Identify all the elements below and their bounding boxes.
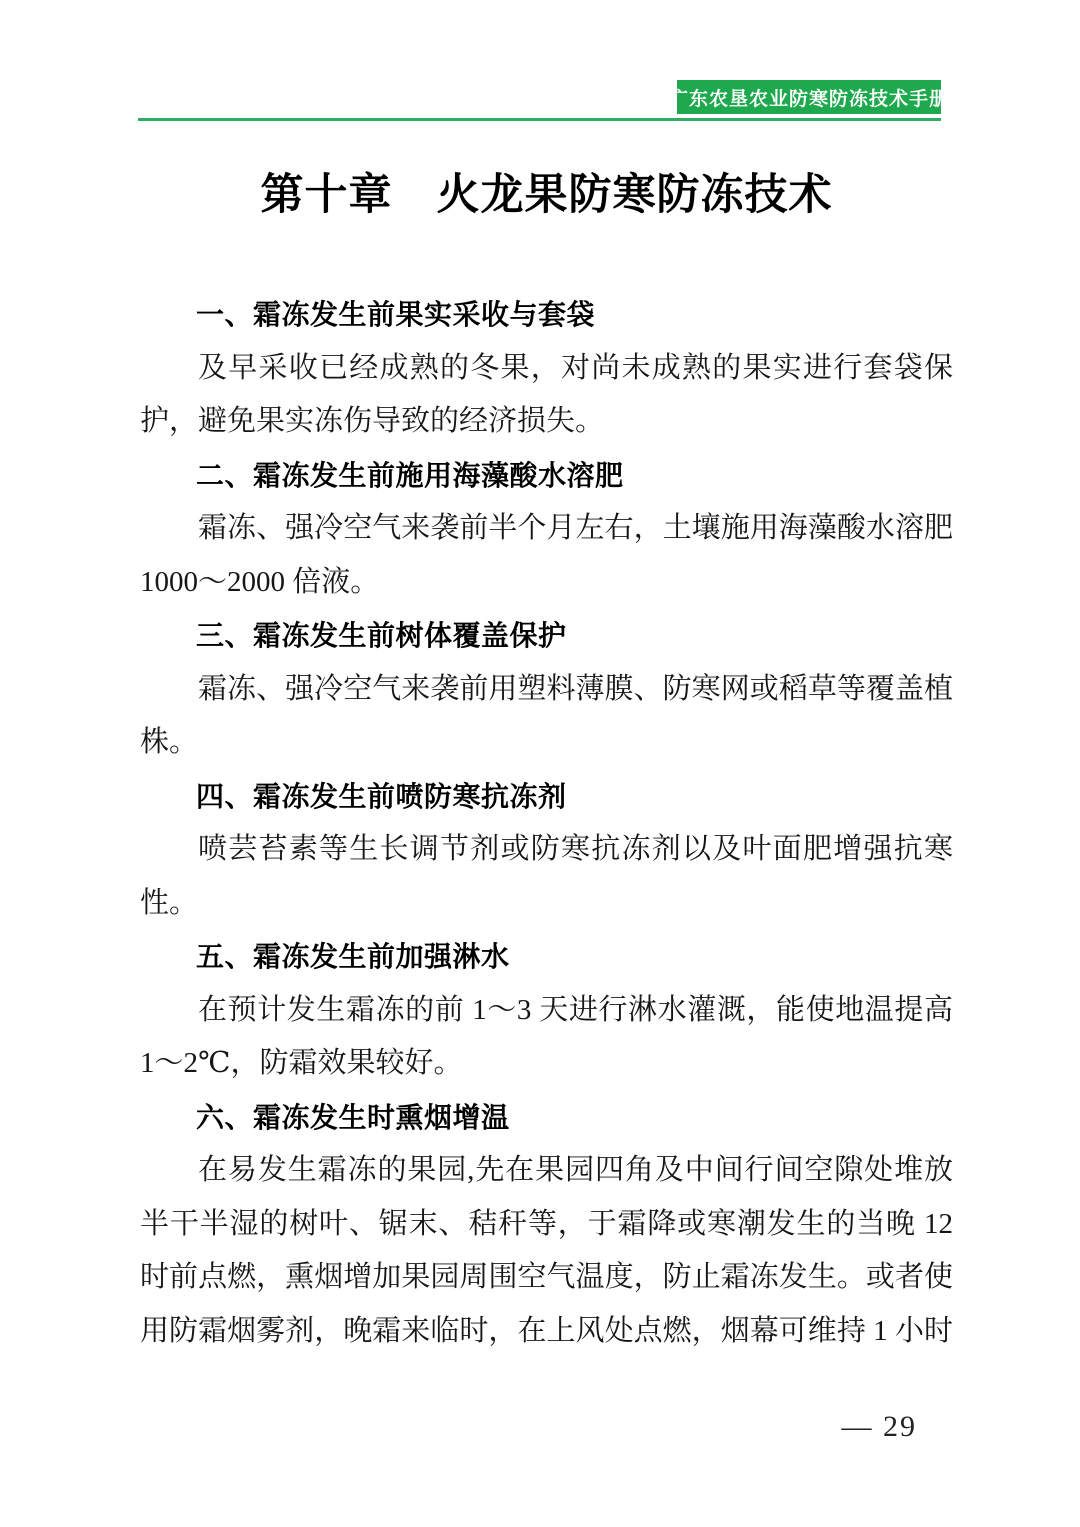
section-list: 一、霜冻发生前果实采收与套袋 及早采收已经成熟的冬果，对尚未成熟的果实进行套袋保… (140, 288, 953, 1358)
section-2-body: 霜冻、强冷空气来袭前半个月左右，土壤施用海藻酸水溶肥1000～2000 倍液。 (140, 502, 953, 609)
section-3: 三、霜冻发生前树体覆盖保护 霜冻、强冷空气来袭前用塑料薄膜、防寒网或稻草等覆盖植… (140, 609, 953, 770)
section-1-heading: 一、霜冻发生前果实采收与套袋 (140, 288, 953, 342)
section-3-heading: 三、霜冻发生前树体覆盖保护 (140, 609, 953, 663)
section-6: 六、霜冻发生时熏烟增温 在易发生霜冻的果园,先在果园四角及中间行间空隙处堆放半干… (140, 1091, 953, 1359)
document-page: 广东农垦农业防寒防冻技术手册 第十章 火龙果防寒防冻技术 一、霜冻发生前果实采收… (0, 0, 1080, 1527)
page-content: 第十章 火龙果防寒防冻技术 一、霜冻发生前果实采收与套袋 及早采收已经成熟的冬果… (140, 120, 953, 1358)
section-6-heading: 六、霜冻发生时熏烟增温 (140, 1091, 953, 1145)
chapter-title: 第十章 火龙果防寒防冻技术 (140, 166, 953, 226)
header-badge: 广东农垦农业防寒防冻技术手册 (677, 80, 941, 114)
page-number: — 29 (842, 1410, 918, 1444)
section-5-body: 在预计发生霜冻的前 1～3 天进行淋水灌溉，能使地温提高 1～2℃，防霜效果较好… (140, 984, 953, 1091)
section-4: 四、霜冻发生前喷防寒抗冻剂 喷芸苔素等生长调节剂或防寒抗冻剂以及叶面肥增强抗寒性… (140, 770, 953, 931)
section-1: 一、霜冻发生前果实采收与套袋 及早采收已经成熟的冬果，对尚未成熟的果实进行套袋保… (140, 288, 953, 449)
section-2: 二、霜冻发生前施用海藻酸水溶肥 霜冻、强冷空气来袭前半个月左右，土壤施用海藻酸水… (140, 449, 953, 610)
section-3-body: 霜冻、强冷空气来袭前用塑料薄膜、防寒网或稻草等覆盖植株。 (140, 663, 953, 770)
section-4-body: 喷芸苔素等生长调节剂或防寒抗冻剂以及叶面肥增强抗寒性。 (140, 823, 953, 930)
section-1-body: 及早采收已经成熟的冬果，对尚未成熟的果实进行套袋保护，避免果实冻伤导致的经济损失… (140, 342, 953, 449)
section-6-body: 在易发生霜冻的果园,先在果园四角及中间行间空隙处堆放半干半湿的树叶、锯末、秸秆等… (140, 1144, 953, 1358)
section-2-heading: 二、霜冻发生前施用海藻酸水溶肥 (140, 449, 953, 503)
section-5-heading: 五、霜冻发生前加强淋水 (140, 930, 953, 984)
section-4-heading: 四、霜冻发生前喷防寒抗冻剂 (140, 770, 953, 824)
section-5: 五、霜冻发生前加强淋水 在预计发生霜冻的前 1～3 天进行淋水灌溉，能使地温提高… (140, 930, 953, 1091)
header-badge-label: 广东农垦农业防寒防冻技术手册 (669, 84, 949, 111)
